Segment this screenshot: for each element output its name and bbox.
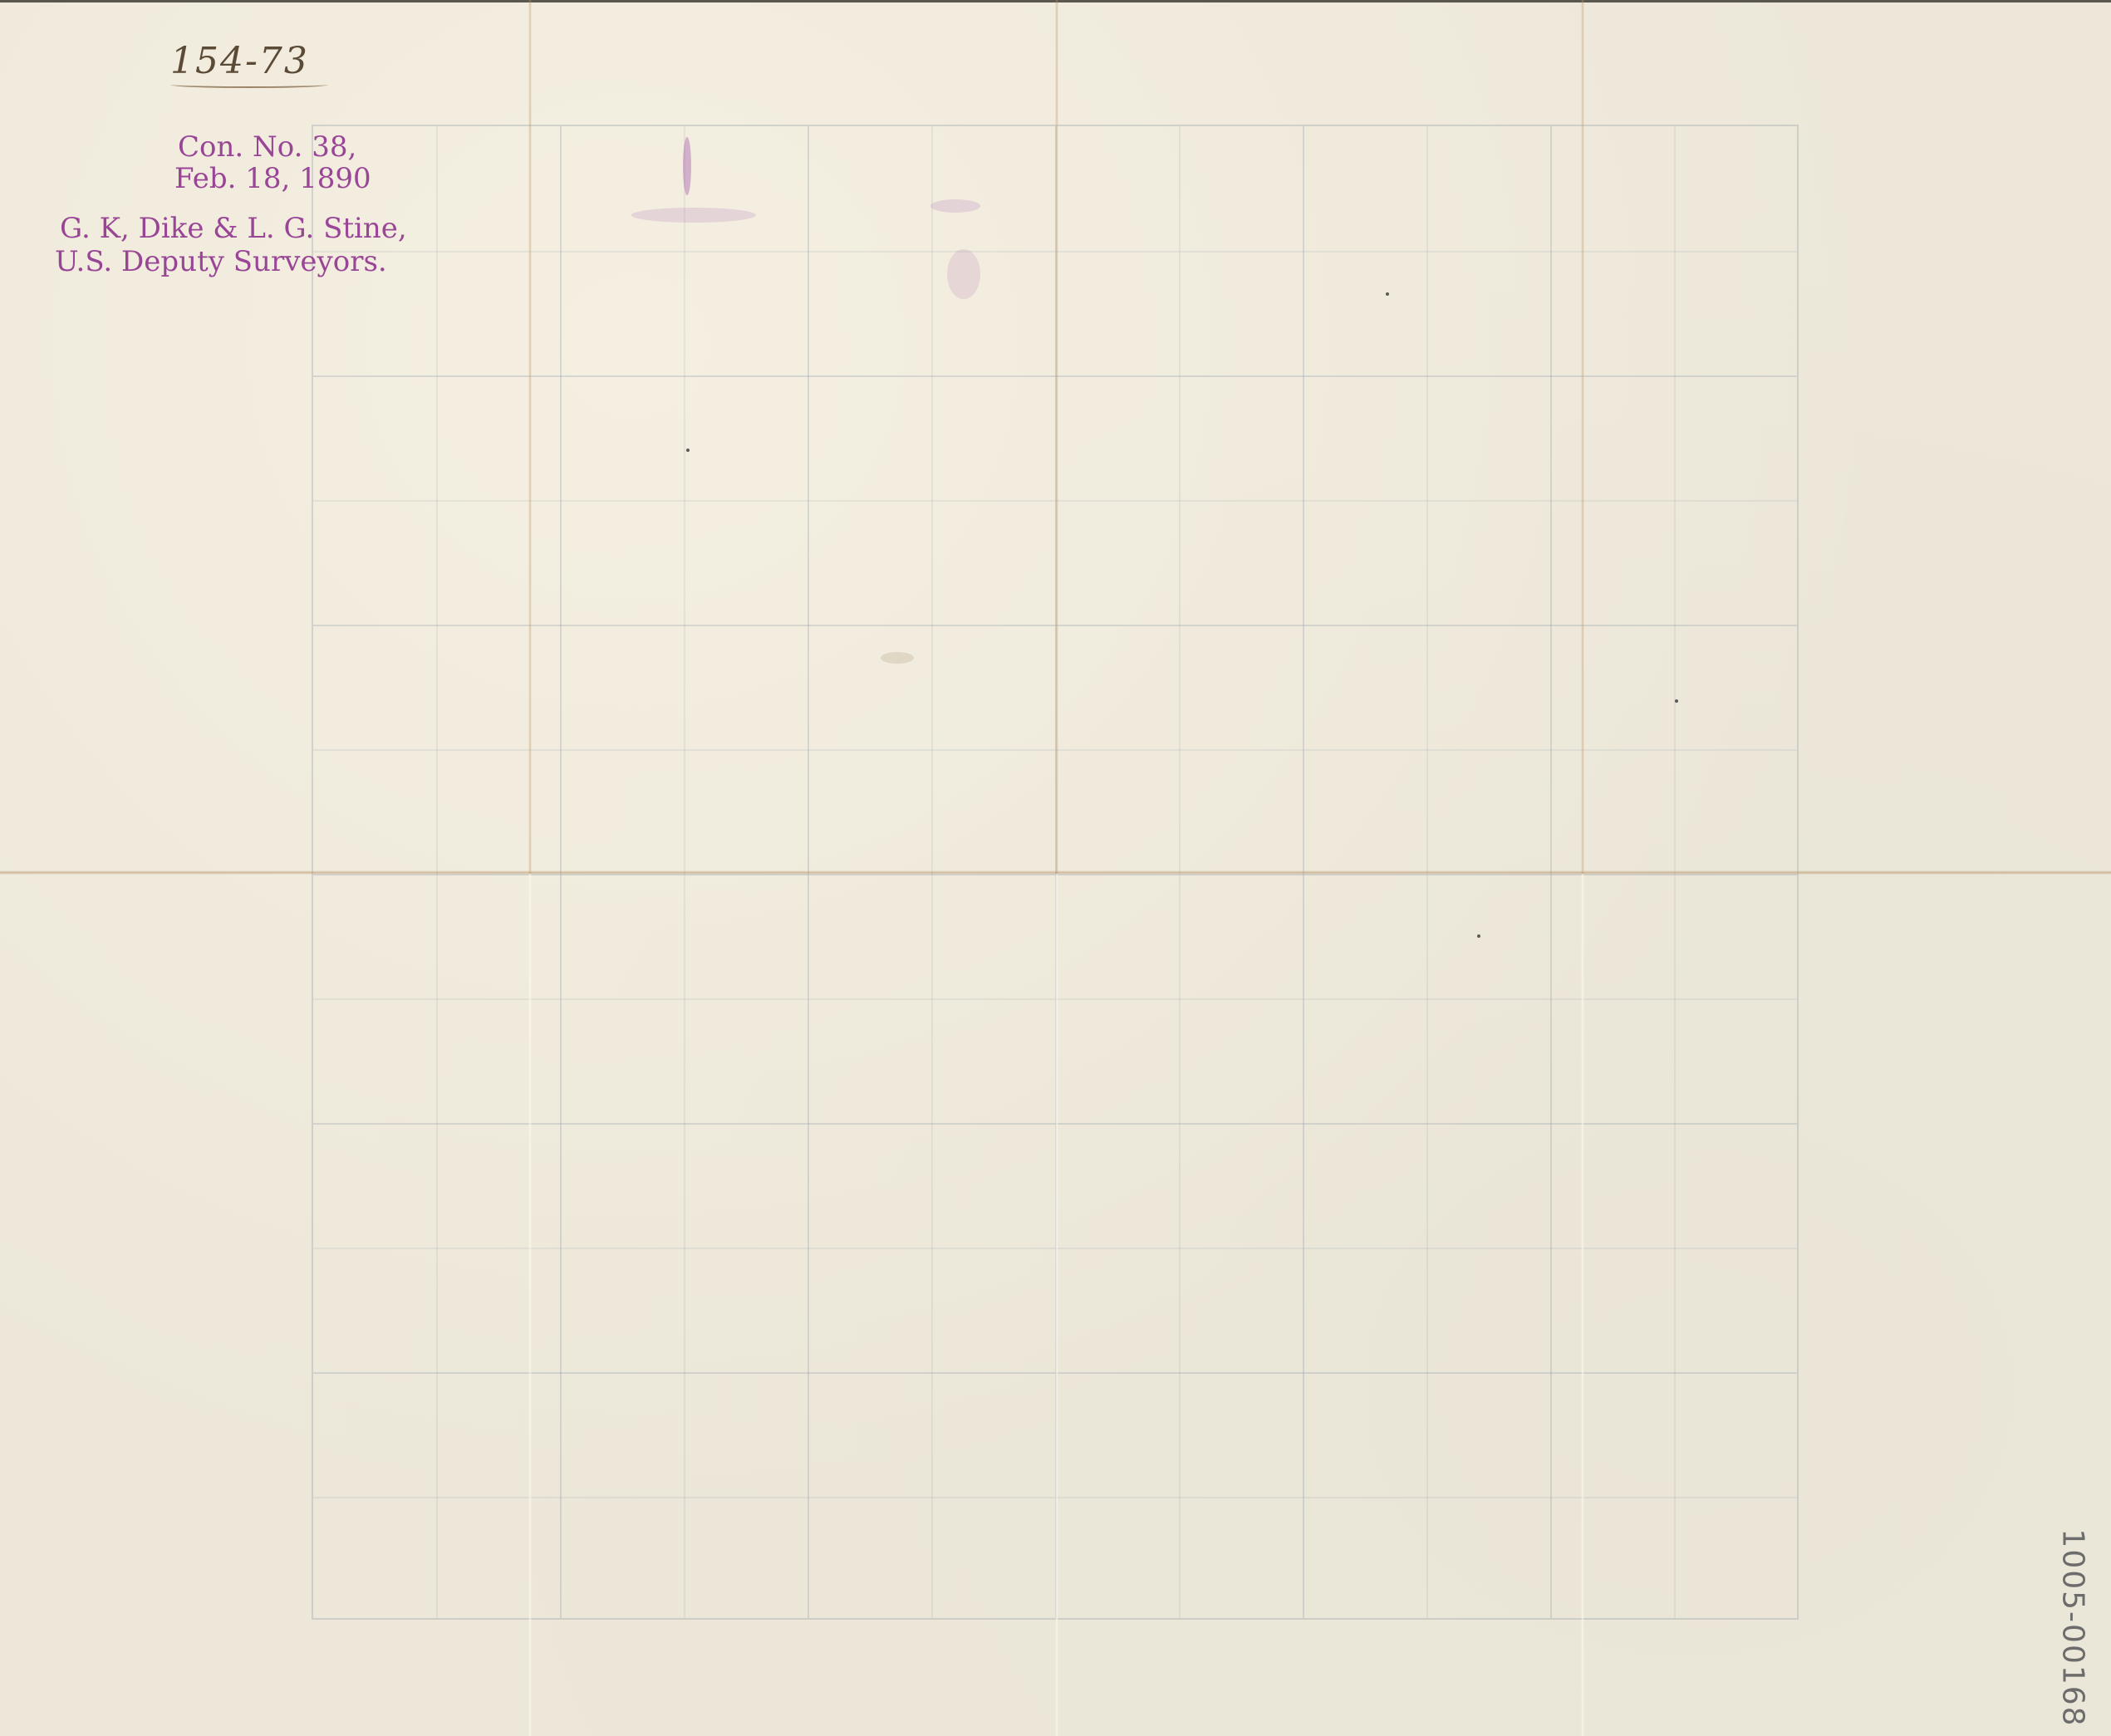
paper-stain <box>881 652 914 664</box>
fold-crease <box>1581 874 1584 1736</box>
ink-smudge <box>930 199 980 213</box>
paper-speck <box>686 449 690 452</box>
fold-crease <box>1055 874 1058 1736</box>
fold-crease <box>528 874 532 1736</box>
fold-crease-horizontal <box>0 870 2111 875</box>
fold-crease <box>528 0 532 874</box>
file-number: 154-73 <box>170 40 309 82</box>
paper-speck <box>1675 699 1678 703</box>
contract-number: Con. No. 38, <box>174 133 371 161</box>
surveyors-stamp: G. K, Dike & L. G. Stine, U.S. Deputy Su… <box>55 214 407 276</box>
document-paper: 154-73 Con. No. 38, Feb. 18, 1890 G. K, … <box>0 0 2111 1736</box>
fold-crease <box>1055 0 1058 874</box>
contract-date: Feb. 18, 1890 <box>174 164 371 193</box>
contract-stamp: Con. No. 38, Feb. 18, 1890 <box>174 133 371 193</box>
ink-smudge <box>631 208 756 223</box>
ink-smudge <box>947 249 980 299</box>
paper-speck <box>1386 292 1389 296</box>
surveyor-names: G. K, Dike & L. G. Stine, <box>55 214 407 243</box>
surveyor-title: U.S. Deputy Surveyors. <box>55 248 407 276</box>
fold-crease <box>1581 0 1584 874</box>
ink-smudge <box>683 137 691 195</box>
file-number-underline <box>170 81 328 88</box>
pencil-annotation-text: 1005-00168 <box>2056 1528 2090 1727</box>
paper-speck <box>1477 934 1480 938</box>
pencil-annotation: 1005-00168 <box>2035 1528 2110 1728</box>
